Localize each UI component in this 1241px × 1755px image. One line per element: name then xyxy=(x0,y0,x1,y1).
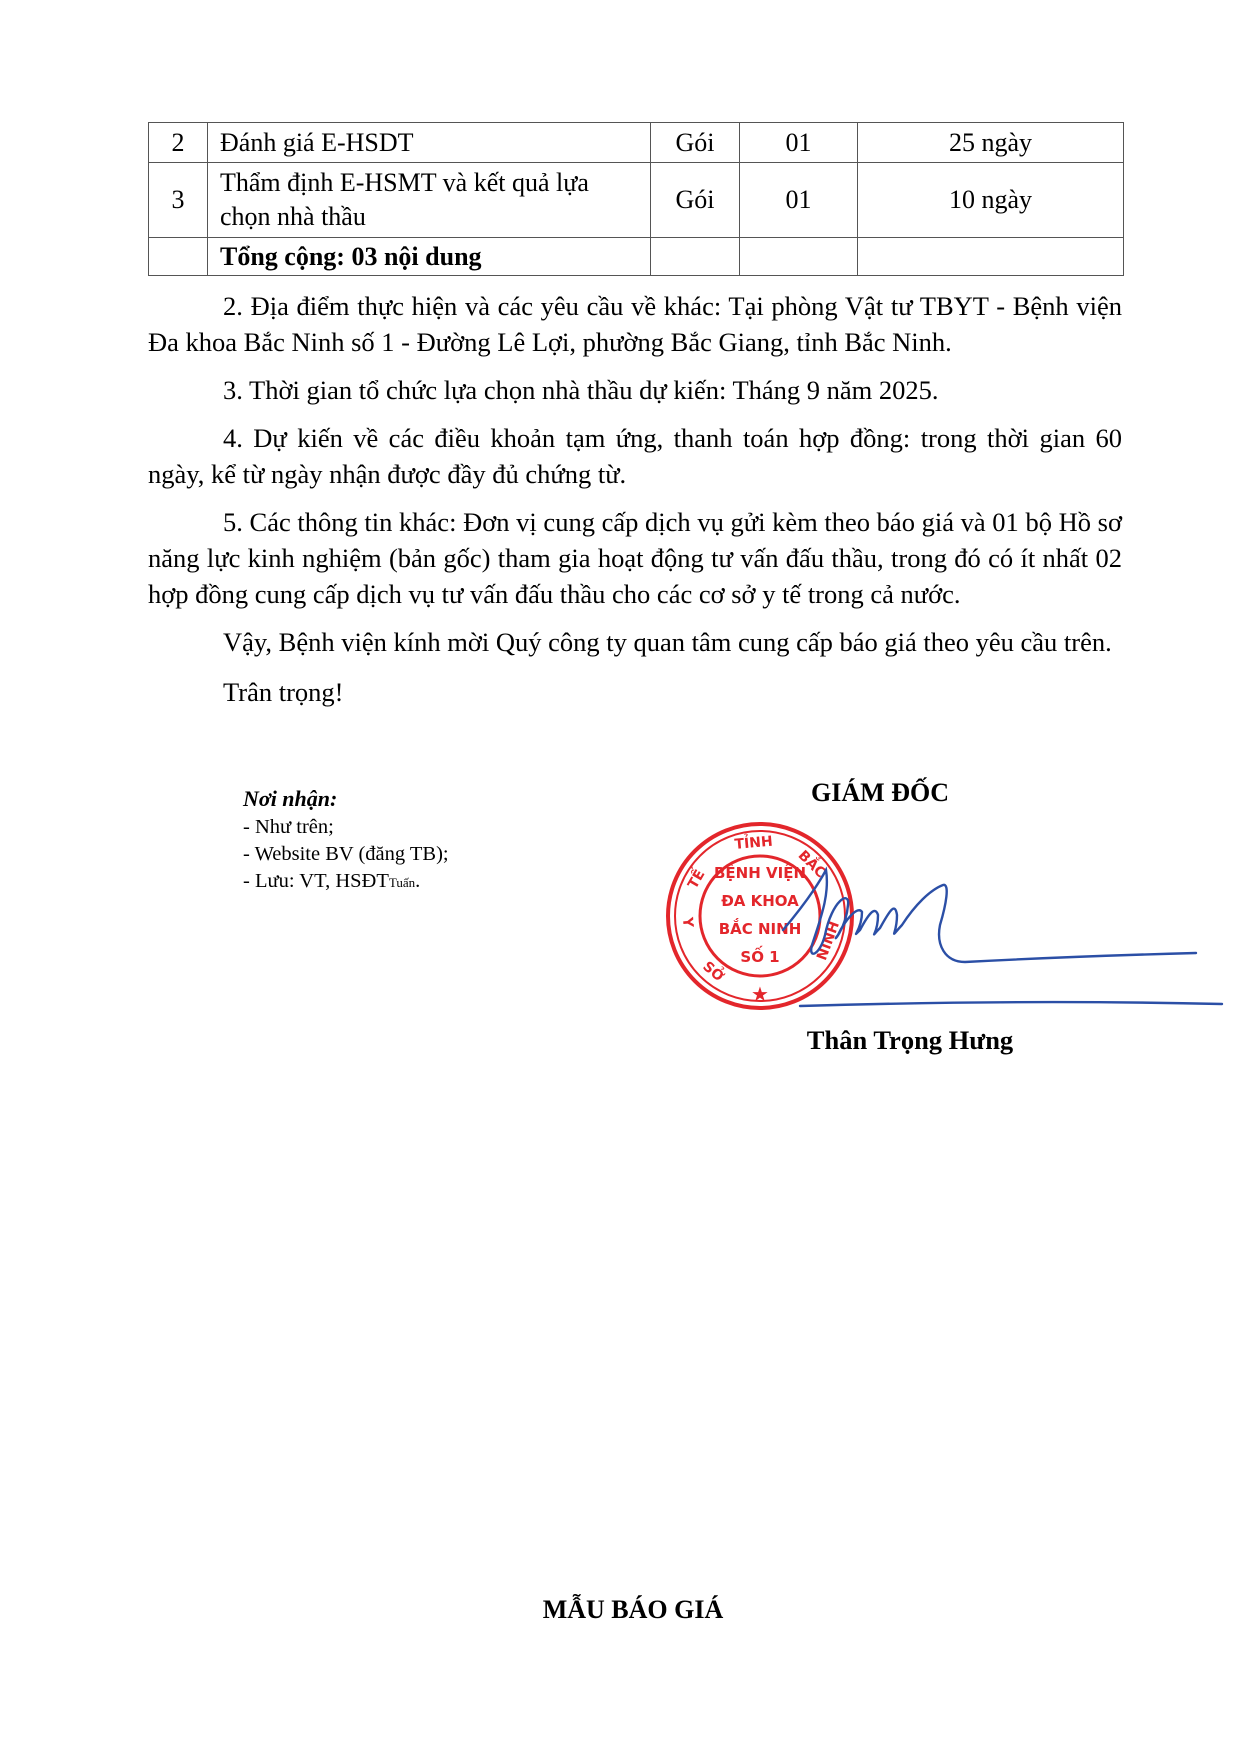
handwritten-signature-icon xyxy=(783,870,1222,1006)
recipient-item: - Như trên; xyxy=(243,814,603,841)
document-page: 2 Đánh giá E-HSDT Gói 01 25 ngày 3 Thẩm … xyxy=(0,0,1241,1755)
letter-body: 2. Địa điểm thực hiện và các yêu cầu về … xyxy=(148,288,1122,722)
row-duration: 25 ngày xyxy=(858,123,1124,163)
row-unit: Gói xyxy=(651,123,740,163)
row-number: 2 xyxy=(149,123,208,163)
recipient-item-end: . xyxy=(415,870,420,892)
row-unit: Gói xyxy=(651,163,740,238)
signatory-title: GIÁM ĐỐC xyxy=(760,778,1000,808)
row-duration: 10 ngày xyxy=(858,163,1124,238)
total-label: Tổng cộng: 03 nội dung xyxy=(208,238,651,276)
svg-text:NINH: NINH xyxy=(814,919,843,962)
row-content: Đánh giá E-HSDT xyxy=(208,123,651,163)
svg-text:TỈNH: TỈNH xyxy=(734,831,774,853)
row-number: 3 xyxy=(149,163,208,238)
signatory-name: Thân Trọng Hưng xyxy=(770,1024,1050,1056)
row-quantity: 01 xyxy=(740,163,858,238)
paragraph-other-info: 5. Các thông tin khác: Đơn vị cung cấp d… xyxy=(148,504,1122,612)
quote-form-title: MẪU BÁO GIÁ xyxy=(420,1594,846,1626)
recipient-item: - Lưu: VT, HSĐTTuấn. xyxy=(243,868,603,896)
svg-text:SỞ: SỞ xyxy=(699,956,728,985)
total-empty-cell xyxy=(149,238,208,276)
svg-text:Y: Y xyxy=(679,916,696,929)
star-icon: ★ xyxy=(751,982,769,1006)
row-quantity: 01 xyxy=(740,123,858,163)
drafter-initial: Tuấn xyxy=(389,875,415,890)
recipients-block: Nơi nhận: - Như trên; - Website BV (đăng… xyxy=(243,785,603,896)
recipient-item: - Website BV (đăng TB); xyxy=(243,841,603,868)
work-items-table: 2 Đánh giá E-HSDT Gói 01 25 ngày 3 Thẩm … xyxy=(148,122,1124,276)
paragraph-timeline: 3. Thời gian tổ chức lựa chọn nhà thầu d… xyxy=(148,372,1122,408)
recipient-item-text: - Lưu: VT, HSĐT xyxy=(243,870,389,892)
table-row: 3 Thẩm định E-HSMT và kết quả lựa chọn n… xyxy=(149,163,1124,238)
recipients-heading: Nơi nhận: xyxy=(243,785,603,812)
total-empty-cell xyxy=(858,238,1124,276)
svg-text:TẾ: TẾ xyxy=(682,865,708,891)
svg-text:BỆNH VIỆN: BỆNH VIỆN xyxy=(714,862,806,882)
svg-text:SỐ 1: SỐ 1 xyxy=(740,945,779,966)
svg-text:BẮC: BẮC xyxy=(795,845,831,881)
closing-regards: Trân trọng! xyxy=(148,674,1122,710)
official-stamp-icon: BỆNH VIỆNĐA KHOABẮC NINHSỐ 1 SỞYTẾTỈNHBẮ… xyxy=(668,824,852,1008)
paragraph-invitation: Vậy, Bệnh viện kính mời Quý công ty quan… xyxy=(148,624,1122,660)
svg-text:BẮC NINH: BẮC NINH xyxy=(719,917,802,938)
svg-text:ĐA KHOA: ĐA KHOA xyxy=(721,892,799,910)
total-empty-cell xyxy=(740,238,858,276)
total-empty-cell xyxy=(651,238,740,276)
paragraph-payment-terms: 4. Dự kiến về các điều khoản tạm ứng, th… xyxy=(148,420,1122,492)
paragraph-location: 2. Địa điểm thực hiện và các yêu cầu về … xyxy=(148,288,1122,360)
row-content: Thẩm định E-HSMT và kết quả lựa chọn nhà… xyxy=(208,163,651,238)
table-total-row: Tổng cộng: 03 nội dung xyxy=(149,238,1124,276)
table-row: 2 Đánh giá E-HSDT Gói 01 25 ngày xyxy=(149,123,1124,163)
